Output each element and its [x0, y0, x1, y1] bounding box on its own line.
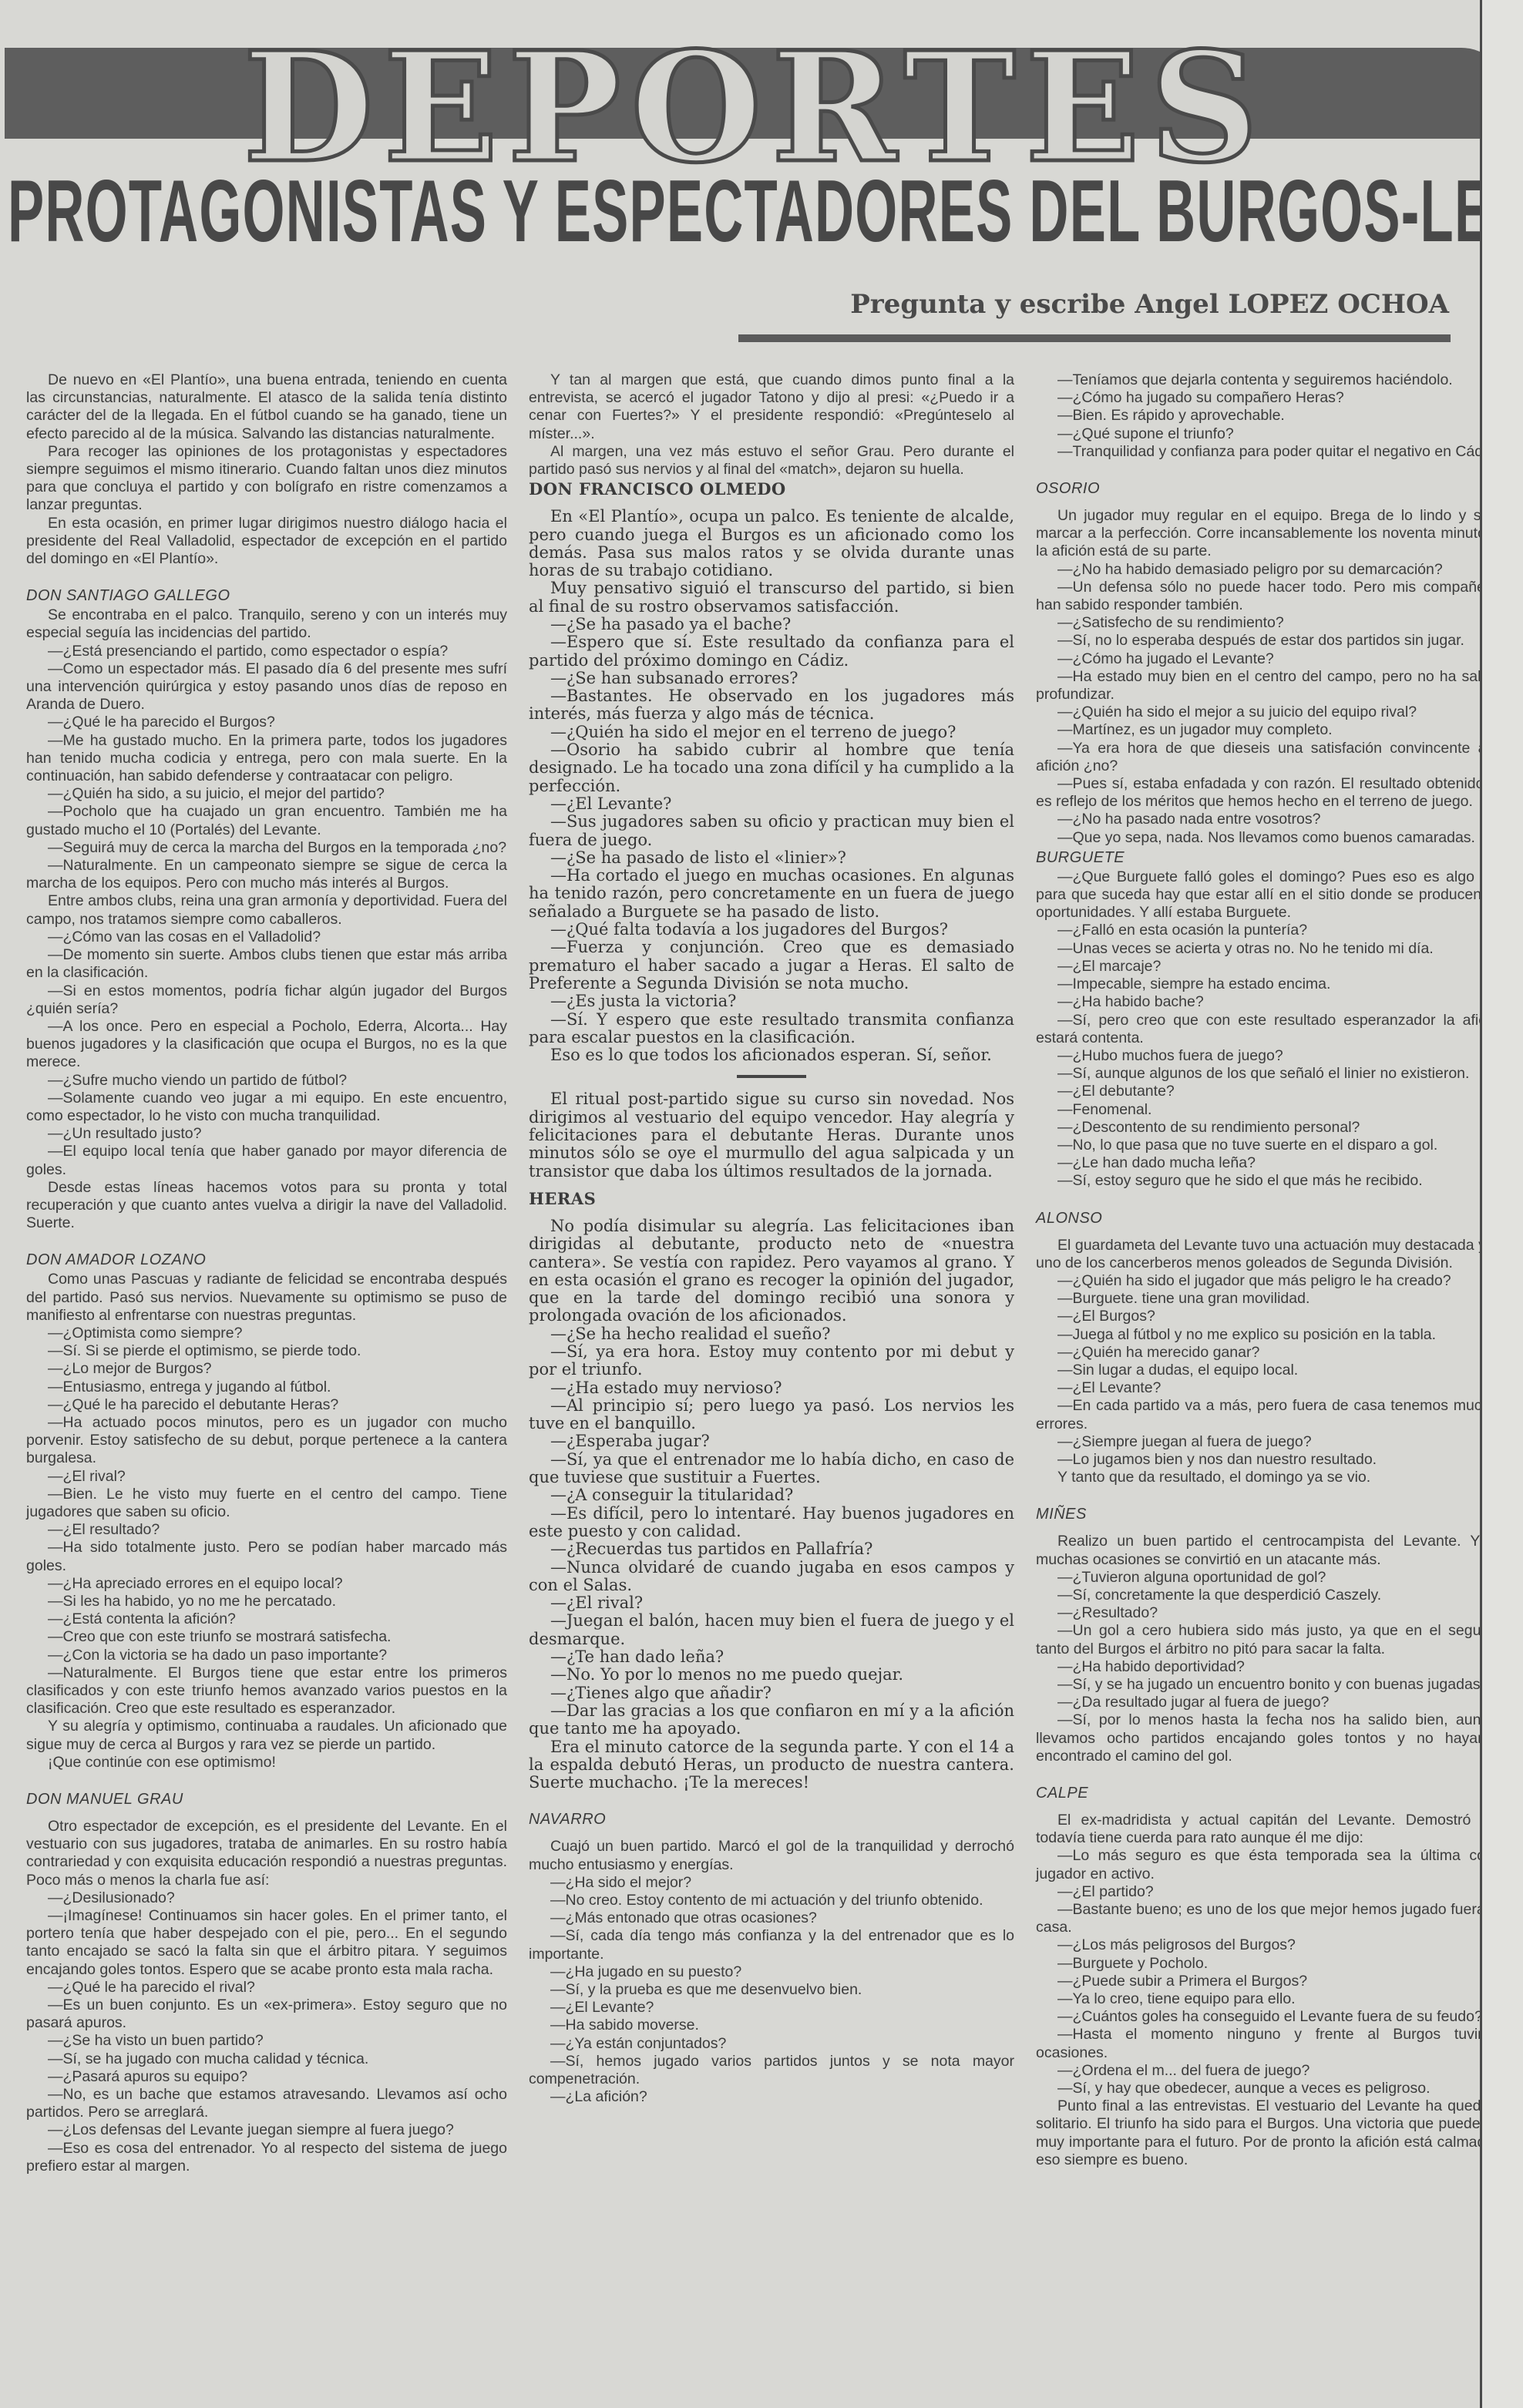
dialogue-line: —¿A conseguir la titularidad?: [529, 1486, 1014, 1504]
column-2: Y tan al margen que está, que cuando dim…: [529, 371, 1014, 2106]
dialogue-line: —Seguirá muy de cerca la marcha del Burg…: [26, 839, 507, 857]
dialogue-line: —Ha actuado pocos minutos, pero es un ju…: [26, 1414, 507, 1468]
dialogue-line: —Sí, estoy seguro que he sido el que más…: [1036, 1172, 1506, 1190]
dialogue-line: —¿Ha jugado en su puesto?: [529, 1963, 1014, 1981]
dialogue-line: —Fenomenal.: [1036, 1101, 1506, 1119]
dialogue-line: —¿El debutante?: [1036, 1083, 1506, 1100]
dialogue-line: —Nunca olvidaré de cuando jugaba en esos…: [529, 1559, 1014, 1595]
newspaper-page: DEPORTES PROTAGONISTAS Y ESPECTADORES DE…: [0, 0, 1480, 2408]
dialogue-line: —Burguete. tiene una gran movilidad.: [1036, 1290, 1506, 1308]
paragraph: El ritual post-partido sigue su curso si…: [529, 1090, 1014, 1180]
dialogue-line: —¿El rival?: [529, 1594, 1014, 1612]
dialogue-line: —De momento sin suerte. Ambos clubs tien…: [26, 946, 507, 982]
dialogue-line: —¿Quién ha sido el mejor a su juicio del…: [1036, 704, 1506, 721]
paragraph: Punto final a las entrevistas. El vestua…: [1036, 2097, 1506, 2169]
dialogue-line: —¿Esperaba jugar?: [529, 1432, 1014, 1450]
dialogue-line: —¿Sufre mucho viendo un partido de fútbo…: [26, 1072, 507, 1090]
dialogue-line: —Hasta el momento ninguno y frente al Bu…: [1036, 2026, 1506, 2061]
section-body: No podía disimular su alegría. Las felic…: [529, 1217, 1014, 1792]
dialogue-line: —No, lo que pasa que no tuve suerte en e…: [1036, 1137, 1506, 1154]
section-body: El guardameta del Levante tuvo una actua…: [1036, 1237, 1506, 1487]
intro: De nuevo en «El Plantío», una buena entr…: [26, 371, 507, 568]
dialogue-line: —Sí. Y espero que este resultado transmi…: [529, 1011, 1014, 1047]
dialogue-line: —Solamente cuando veo jugar a mi equipo.…: [26, 1090, 507, 1125]
paragraph: Eso es lo que todos los aficionados espe…: [529, 1046, 1014, 1064]
dialogue-line: —Lo jugamos bien y nos dan nuestro resul…: [1036, 1451, 1506, 1469]
dialogue-line: —Bien. Le he visto muy fuerte en el cent…: [26, 1486, 507, 1521]
dialogue-line: —¿Ordena el m... del fuera de juego?: [1036, 2062, 1506, 2080]
dialogue-line: —¿Ha estado muy nervioso?: [529, 1379, 1014, 1397]
byline-rule: [738, 334, 1451, 342]
section-body: Se encontraba en el palco. Tranquilo, se…: [26, 606, 507, 1232]
dialogue-line: —Ha cortado el juego en muchas ocasiones…: [529, 867, 1014, 921]
dialogue-line: —¿El Levante?: [529, 1999, 1014, 2017]
dialogue-line: —Es difícil, pero lo intentaré. Hay buen…: [529, 1505, 1014, 1541]
dialogue-line: —¿Ya están conjuntados?: [529, 2035, 1014, 2053]
dialogue-line: —¿No ha habido demasiado peligro por su …: [1036, 561, 1506, 579]
dialogue-line: —Naturalmente. El Burgos tiene que estar…: [26, 1664, 507, 1718]
dialogue-line: —Unas veces se acierta y otras no. No he…: [1036, 940, 1506, 958]
dialogue-line: —Espero que sí. Este resultado da confia…: [529, 633, 1014, 670]
dialogue-line: —Ha sabido moverse.: [529, 2017, 1014, 2034]
dialogue-line: —¿El Burgos?: [1036, 1308, 1506, 1325]
paragraph: Cuajó un buen partido. Marcó el gol de l…: [529, 1838, 1014, 1873]
dialogue-line: —¿Le han dado mucha leña?: [1036, 1154, 1506, 1172]
column-3: —Teníamos que dejarla contenta y seguire…: [1036, 371, 1506, 2169]
dialogue-line: —¿Puede subir a Primera el Burgos?: [1036, 1973, 1506, 1990]
section-body: En «El Plantío», ocupa un palco. Es teni…: [529, 508, 1014, 1064]
dialogue-line: —Sus jugadores saben su oficio y practic…: [529, 813, 1014, 849]
dialogue-line: —Sí, aunque algunos de los que señaló el…: [1036, 1065, 1506, 1083]
paragraph: Para recoger las opiniones de los protag…: [26, 443, 507, 515]
section-heading: HERAS: [529, 1188, 1014, 1210]
section-heading: DON SANTIAGO GALLEGO: [26, 585, 507, 606]
dialogue-line: —¿Qué le ha parecido el debutante Heras?: [26, 1396, 507, 1414]
dialogue-line: —Teníamos que dejarla contenta y seguire…: [1036, 371, 1506, 389]
dialogue-line: —¿Está presenciando el partido, como esp…: [26, 643, 507, 660]
dialogue-line: —Que yo sepa, nada. Nos llevamos como bu…: [1036, 829, 1506, 847]
dialogue-line: —Lo más seguro es que ésta temporada sea…: [1036, 1847, 1506, 1882]
paragraph: El guardameta del Levante tuvo una actua…: [1036, 1237, 1506, 1272]
dialogue-line: —¿Quién ha sido, a su juicio, el mejor d…: [26, 785, 507, 803]
section-body: Como unas Pascuas y radiante de felicida…: [26, 1271, 507, 1772]
paragraph: Desde estas líneas hacemos votos para su…: [26, 1179, 507, 1233]
dialogue-line: —¿Ha sido el mejor?: [529, 1874, 1014, 1892]
paragraph: Entre ambos clubs, reina una gran armoní…: [26, 892, 507, 928]
dialogue-line: —¿Siempre juegan al fuera de juego?: [1036, 1433, 1506, 1451]
dialogue-line: —¿Resultado?: [1036, 1604, 1506, 1622]
dialogue-line: —¿Se ha pasado de listo el «linier»?: [529, 849, 1014, 867]
dialogue-line: —Creo que con este triunfo se mostrará s…: [26, 1628, 507, 1646]
dialogue-line: —Sí, y la prueba es que me desenvuelvo b…: [529, 1981, 1014, 1999]
section-body: —Teníamos que dejarla contenta y seguire…: [1036, 371, 1506, 461]
section-body: Cuajó un buen partido. Marcó el gol de l…: [529, 1838, 1014, 2106]
dialogue-line: —¿El Levante?: [529, 795, 1014, 813]
dialogue-line: —¿La afición?: [529, 2088, 1014, 2106]
paragraph: No podía disimular su alegría. Las felic…: [529, 1217, 1014, 1325]
dialogue-line: —¿Cómo van las cosas en el Valladolid?: [26, 929, 507, 946]
dialogue-line: —¿El marcaje?: [1036, 958, 1506, 976]
paragraph: Realizo un buen partido el centrocampist…: [1036, 1533, 1506, 1568]
dialogue-line: —Como un espectador más. El pasado día 6…: [26, 660, 507, 714]
dialogue-line: —¿Que Burguete falló goles el domingo? P…: [1036, 868, 1506, 922]
dialogue-line: —¿Se ha hecho realidad el sueño?: [529, 1325, 1014, 1343]
paragraph: Un jugador muy regular en el equipo. Bre…: [1036, 507, 1506, 561]
paragraph: En esta ocasión, en primer lugar dirigim…: [26, 515, 507, 569]
dialogue-line: —Martínez, es un jugador muy completo.: [1036, 721, 1506, 739]
dialogue-line: —Es un buen conjunto. Es un «ex-primera»…: [26, 1997, 507, 2032]
page-edge: [1480, 0, 1523, 2408]
dialogue-line: —¿Qué le ha parecido el rival?: [26, 1979, 507, 1997]
dialogue-line: —¿Los más peligrosos del Burgos?: [1036, 1936, 1506, 1954]
dialogue-line: —¿Más entonado que otras ocasiones?: [529, 1909, 1014, 1927]
dialogue-line: —¿Ha habido bache?: [1036, 993, 1506, 1011]
section-body: Un jugador muy regular en el equipo. Bre…: [1036, 507, 1506, 847]
dialogue-line: —¿Lo mejor de Burgos?: [26, 1360, 507, 1378]
dialogue-line: —¿Es justa la victoria?: [529, 992, 1014, 1010]
dialogue-line: —¿Se han subsanado errores?: [529, 670, 1014, 687]
section-heading: OSORIO: [1036, 478, 1506, 499]
paragraph: Como unas Pascuas y radiante de felicida…: [26, 1271, 507, 1325]
paragraph: Y tanto que da resultado, el domingo ya …: [1036, 1469, 1506, 1486]
dialogue-line: —Entusiasmo, entrega y jugando al fútbol…: [26, 1379, 507, 1396]
dialogue-line: —¿Pasará apuros su equipo?: [26, 2068, 507, 2086]
dialogue-line: —Sí, por lo menos hasta la fecha nos ha …: [1036, 1711, 1506, 1765]
dialogue-line: —¿Los defensas del Levante juegan siempr…: [26, 2121, 507, 2139]
dialogue-line: —Sí, y se ha jugado un encuentro bonito …: [1036, 1676, 1506, 1694]
section-body: El ex-madridista y actual capitán del Le…: [1036, 1812, 1506, 2169]
dialogue-line: —¿Un resultado justo?: [26, 1125, 507, 1143]
dialogue-line: —Bien. Es rápido y aprovechable.: [1036, 407, 1506, 425]
byline: Pregunta y escribe Angel LOPEZ OCHOA: [740, 289, 1449, 320]
dialogue-line: —Fuerza y conjunción. Creo que es demasi…: [529, 939, 1014, 992]
dialogue-line: —Sí, hemos jugado varios partidos juntos…: [529, 2053, 1014, 2088]
dialogue-line: —Sí, no lo esperaba después de estar dos…: [1036, 632, 1506, 650]
dialogue-line: —Bastante bueno; es uno de los que mejor…: [1036, 1901, 1506, 1936]
dialogue-line: —Bastantes. He observado en los jugadore…: [529, 687, 1014, 724]
dialogue-line: —¿Desilusionado?: [26, 1889, 507, 1907]
dialogue-line: —¿Quién ha sido el mejor en el terreno d…: [529, 724, 1014, 741]
section-heading: DON FRANCISCO OLMEDO: [529, 479, 1014, 500]
dialogue-line: —¿Falló en esta ocasión la puntería?: [1036, 922, 1506, 939]
dialogue-line: —Dar las gracias a los que confiaron en …: [529, 1702, 1014, 1738]
dialogue-line: —¿Cómo ha jugado el Levante?: [1036, 650, 1506, 668]
dialogue-line: —¿Qué falta todavía a los jugadores del …: [529, 921, 1014, 939]
paragraph: Otro espectador de excepción, es el pres…: [26, 1818, 507, 1889]
dialogue-line: —¿No ha pasado nada entre vosotros?: [1036, 811, 1506, 828]
section-heading: MIÑES: [1036, 1503, 1506, 1525]
dialogue-line: —¿Tienes algo que añadir?: [529, 1684, 1014, 1702]
dialogue-line: —Sí. Si se pierde el optimismo, se pierd…: [26, 1342, 507, 1360]
section-body: Otro espectador de excepción, es el pres…: [26, 1818, 507, 2175]
paragraph: Y tan al margen que está, que cuando dim…: [529, 371, 1014, 443]
paragraph: ¡Que continúe con ese optimismo!: [26, 1754, 507, 1772]
paragraph: Al margen, una vez más estuvo el señor G…: [529, 443, 1014, 479]
dialogue-line: —¿Descontento de su rendimiento personal…: [1036, 1119, 1506, 1137]
divider: [737, 1075, 806, 1078]
dialogue-line: —Sí, se ha jugado con mucha calidad y té…: [26, 2050, 507, 2068]
dialogue-line: —Tranquilidad y confianza para poder qui…: [1036, 443, 1506, 461]
dialogue-line: —¿Qué supone el triunfo?: [1036, 425, 1506, 443]
dialogue-line: —¡Imagínese! Continuamos sin hacer goles…: [26, 1907, 507, 1979]
paragraph: En «El Plantío», ocupa un palco. Es teni…: [529, 508, 1014, 579]
dialogue-line: —Juegan el balón, hacen muy bien el fuer…: [529, 1612, 1014, 1648]
section-heading: CALPE: [1036, 1782, 1506, 1804]
dialogue-line: —¿El partido?: [1036, 1883, 1506, 1901]
dialogue-line: —¿Ha habido deportividad?: [1036, 1658, 1506, 1676]
dialogue-line: —¿Quién ha sido el jugador que más pelig…: [1036, 1272, 1506, 1290]
dialogue-line: —Si les ha habido, yo no me he percatado…: [26, 1593, 507, 1610]
dialogue-line: —Juega al fútbol y no me explico su posi…: [1036, 1326, 1506, 1344]
dialogue-line: —¿Se ha visto un buen partido?: [26, 2032, 507, 2050]
dialogue-line: —¿Cuántos goles ha conseguido el Levante…: [1036, 2008, 1506, 2026]
dialogue-line: —¿Recuerdas tus partidos en Pallafría?: [529, 1540, 1014, 1558]
section-heading: BURGUETE: [1036, 847, 1506, 868]
dialogue-line: —Sí, ya que el entrenador me lo había di…: [529, 1451, 1014, 1487]
dialogue-line: —¿Se ha pasado ya el bache?: [529, 616, 1014, 633]
dialogue-line: —Burguete y Pocholo.: [1036, 1955, 1506, 1973]
dialogue-line: —Eso es cosa del entrenador. Yo al respe…: [26, 2140, 507, 2175]
section-body: —¿Que Burguete falló goles el domingo? P…: [1036, 868, 1506, 1191]
paragraph: Era el minuto catorce de la segunda part…: [529, 1738, 1014, 1792]
dialogue-line: —Al principio sí; pero luego ya pasó. Lo…: [529, 1397, 1014, 1433]
dialogue-line: —Si en estos momentos, podría fichar alg…: [26, 982, 507, 1018]
section-heading: DON AMADOR LOZANO: [26, 1249, 507, 1271]
section-heading: ALONSO: [1036, 1207, 1506, 1229]
section-heading: NAVARRO: [529, 1809, 1014, 1830]
dialogue-line: —Sin lugar a dudas, el equipo local.: [1036, 1362, 1506, 1379]
dialogue-line: —No. Yo por lo menos no me puedo quejar.: [529, 1666, 1014, 1684]
section-heading: DON MANUEL GRAU: [26, 1788, 507, 1810]
paragraph: Se encontraba en el palco. Tranquilo, se…: [26, 606, 507, 642]
dialogue-line: —Naturalmente. En un campeonato siempre …: [26, 857, 507, 892]
dialogue-line: —No, es un bache que estamos atravesando…: [26, 2086, 507, 2121]
dialogue-line: —Sí, ya era hora. Estoy muy contento por…: [529, 1343, 1014, 1379]
dialogue-line: —¿Tuvieron alguna oportunidad de gol?: [1036, 1569, 1506, 1587]
dialogue-line: —¿Optimista como siempre?: [26, 1325, 507, 1342]
dialogue-line: —Ha sido totalmente justo. Pero se podía…: [26, 1539, 507, 1574]
dialogue-line: —¿Hubo muchos fuera de juego?: [1036, 1047, 1506, 1065]
section-body: Realizo un buen partido el centrocampist…: [1036, 1533, 1506, 1765]
dialogue-line: —¿Ha apreciado errores en el equipo loca…: [26, 1575, 507, 1593]
dialogue-line: —¿Con la victoria se ha dado un paso imp…: [26, 1647, 507, 1664]
dialogue-line: —Ya era hora de que dieseis una satisfac…: [1036, 740, 1506, 775]
dialogue-line: —En cada partido va a más, pero fuera de…: [1036, 1397, 1506, 1432]
dialogue-line: —¿Da resultado jugar al fuera de juego?: [1036, 1694, 1506, 1711]
dialogue-line: —No creo. Estoy contento de mi actuación…: [529, 1892, 1014, 1909]
headline: PROTAGONISTAS Y ESPECTADORES DEL BURGOS-…: [8, 158, 935, 266]
paragraph: El ex-madridista y actual capitán del Le…: [1036, 1812, 1506, 1847]
dialogue-line: —¿El Levante?: [1036, 1379, 1506, 1397]
dialogue-line: —Sí, concretamente la que desperdició Ca…: [1036, 1587, 1506, 1604]
dialogue-line: —Un gol a cero hubiera sido más justo, y…: [1036, 1622, 1506, 1657]
section-body: Y tan al margen que está, que cuando dim…: [529, 371, 1014, 479]
dialogue-line: —¿El rival?: [26, 1468, 507, 1486]
dialogue-line: —¿Cómo ha jugado su compañero Heras?: [1036, 389, 1506, 407]
dialogue-line: —Un defensa sólo no puede hacer todo. Pe…: [1036, 579, 1506, 614]
dialogue-line: —¿Te han dado leña?: [529, 1648, 1014, 1666]
dialogue-line: —¿Qué le ha parecido el Burgos?: [26, 714, 507, 731]
column-1: De nuevo en «El Plantío», una buena entr…: [26, 371, 507, 2175]
dialogue-line: —Sí, cada día tengo más confianza y la d…: [529, 1927, 1014, 1963]
dialogue-line: —Ya lo creo, tiene equipo para ello.: [1036, 1990, 1506, 2008]
paragraph: Y su alegría y optimismo, continuaba a r…: [26, 1718, 507, 1753]
dialogue-line: —Pues sí, estaba enfadada y con razón. E…: [1036, 775, 1506, 811]
dialogue-line: —Impecable, siempre ha estado encima.: [1036, 976, 1506, 993]
paragraph: Muy pensativo siguió el transcurso del p…: [529, 579, 1014, 616]
dialogue-line: —El equipo local tenía que haber ganado …: [26, 1143, 507, 1178]
dialogue-line: —Osorio ha sabido cubrir al hombre que t…: [529, 741, 1014, 795]
paragraph: De nuevo en «El Plantío», una buena entr…: [26, 371, 507, 443]
dialogue-line: —¿Está contenta la afición?: [26, 1610, 507, 1628]
dialogue-line: —¿El resultado?: [26, 1521, 507, 1539]
dialogue-line: —Me ha gustado mucho. En la primera part…: [26, 732, 507, 786]
dialogue-line: —A los once. Pero en especial a Pocholo,…: [26, 1018, 507, 1072]
dialogue-line: —Sí, pero creo que con este resultado es…: [1036, 1012, 1506, 1047]
dialogue-line: —Pocholo que ha cuajado un gran encuentr…: [26, 803, 507, 838]
section-body: El ritual post-partido sigue su curso si…: [529, 1090, 1014, 1180]
dialogue-line: —¿Quién ha merecido ganar?: [1036, 1344, 1506, 1362]
dialogue-line: —Ha estado muy bien en el centro del cam…: [1036, 668, 1506, 704]
dialogue-line: —¿Satisfecho de su rendimiento?: [1036, 614, 1506, 632]
dialogue-line: —Sí, y hay que obedecer, aunque a veces …: [1036, 2080, 1506, 2097]
